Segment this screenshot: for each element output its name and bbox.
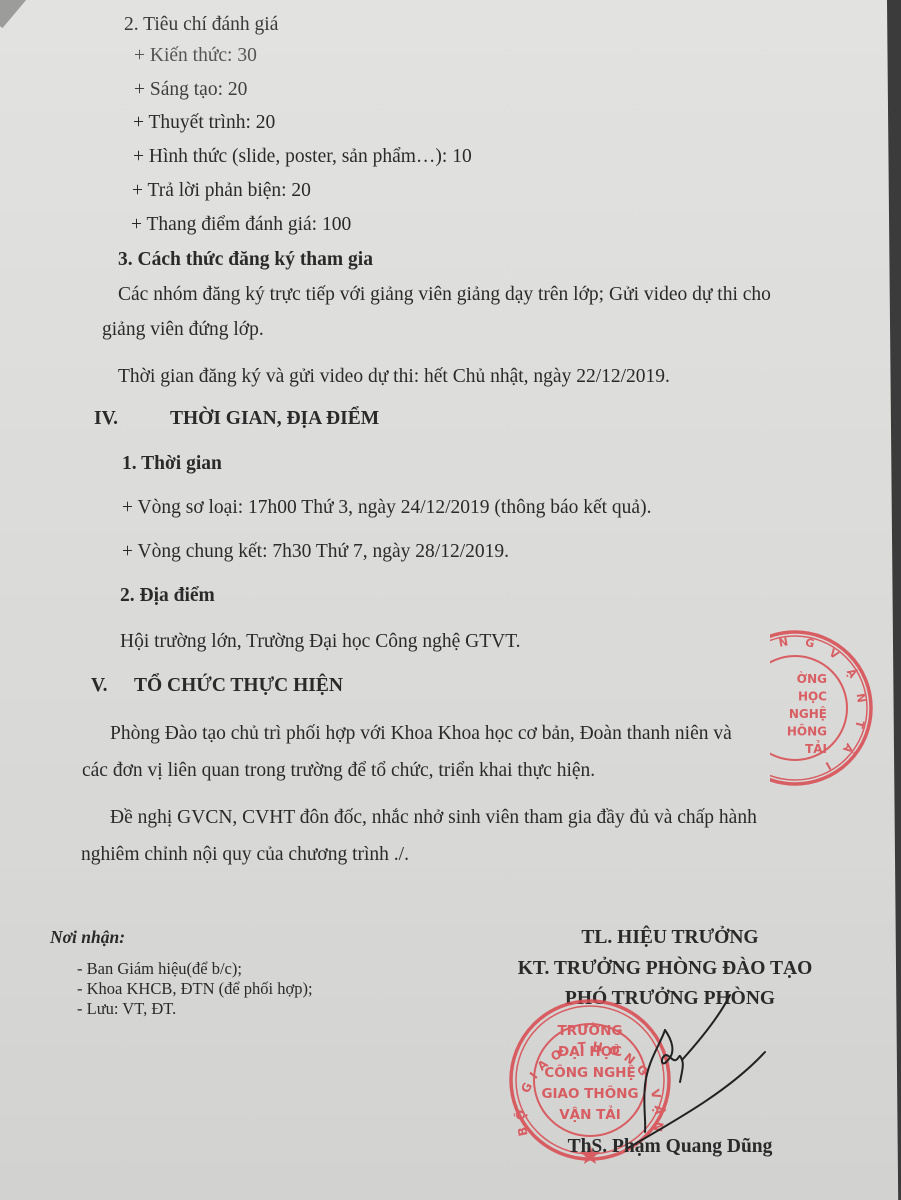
request-paragraph: Đề nghị GVCN, CVHT đôn đốc, nhắc nhở sin… bbox=[110, 806, 757, 830]
criteria-item: + Kiến thức: 30 bbox=[134, 44, 257, 68]
implementation-paragraph-cont: các đơn vị liên quan trong trường để tổ … bbox=[82, 759, 595, 783]
place-heading: 2. Địa điểm bbox=[120, 584, 215, 608]
section-v-numeral: V. bbox=[91, 674, 134, 698]
section-iv-numeral: IV. bbox=[94, 407, 170, 431]
criteria-heading: 2. Tiêu chí đánh giá bbox=[124, 13, 278, 37]
registration-paragraph: Các nhóm đăng ký trực tiếp với giảng viê… bbox=[118, 283, 771, 307]
recipient-item: - Khoa KHCB, ĐTN (để phối hợp); bbox=[77, 979, 313, 998]
criteria-item: + Sáng tạo: 20 bbox=[134, 78, 247, 102]
request-paragraph-cont: nghiêm chỉnh nội quy của chương trình ./… bbox=[81, 843, 409, 867]
section-iv-heading: IV.THỜI GIAN, ĐỊA ĐIỂM bbox=[94, 407, 379, 431]
signature-title-2: KT. TRƯỞNG PHÒNG ĐÀO TẠO bbox=[490, 958, 840, 980]
signer-name: ThS. Phạm Quang Dũng bbox=[550, 1136, 790, 1158]
section-v-heading: V.TỔ CHỨC THỰC HIỆN bbox=[91, 674, 343, 698]
section-iv-title: THỜI GIAN, ĐỊA ĐIỂM bbox=[170, 408, 379, 429]
criteria-item: + Thuyết trình: 20 bbox=[133, 111, 275, 135]
place-text: Hội trường lớn, Trường Đại học Công nghệ… bbox=[120, 630, 521, 654]
time-item: + Vòng sơ loại: 17h00 Thứ 3, ngày 24/12/… bbox=[122, 496, 651, 520]
time-item: + Vòng chung kết: 7h30 Thứ 7, ngày 28/12… bbox=[122, 540, 509, 564]
signature-title-3: PHÓ TRƯỞNG PHÒNG bbox=[500, 988, 840, 1010]
implementation-paragraph: Phòng Đào tạo chủ trì phối hợp với Khoa … bbox=[110, 722, 732, 746]
registration-deadline: Thời gian đăng ký và gửi video dự thi: h… bbox=[118, 365, 670, 389]
recipients-label: Nơi nhận: bbox=[50, 925, 125, 949]
criteria-item: + Trả lời phản biện: 20 bbox=[132, 179, 311, 203]
recipient-item: - Ban Giám hiệu(để b/c); bbox=[77, 959, 242, 978]
registration-paragraph-cont: giảng viên đứng lớp. bbox=[102, 318, 264, 342]
time-heading: 1. Thời gian bbox=[122, 452, 222, 476]
criteria-item: + Thang điểm đánh giá: 100 bbox=[131, 213, 351, 237]
recipient-item: - Lưu: VT, ĐT. bbox=[77, 999, 176, 1018]
section-v-title: TỔ CHỨC THỰC HIỆN bbox=[134, 675, 343, 696]
signature-title-1: TL. HIỆU TRƯỞNG bbox=[500, 927, 840, 949]
criteria-item: + Hình thức (slide, poster, sản phẩm…): … bbox=[133, 145, 472, 169]
registration-heading: 3. Cách thức đăng ký tham gia bbox=[118, 248, 373, 272]
